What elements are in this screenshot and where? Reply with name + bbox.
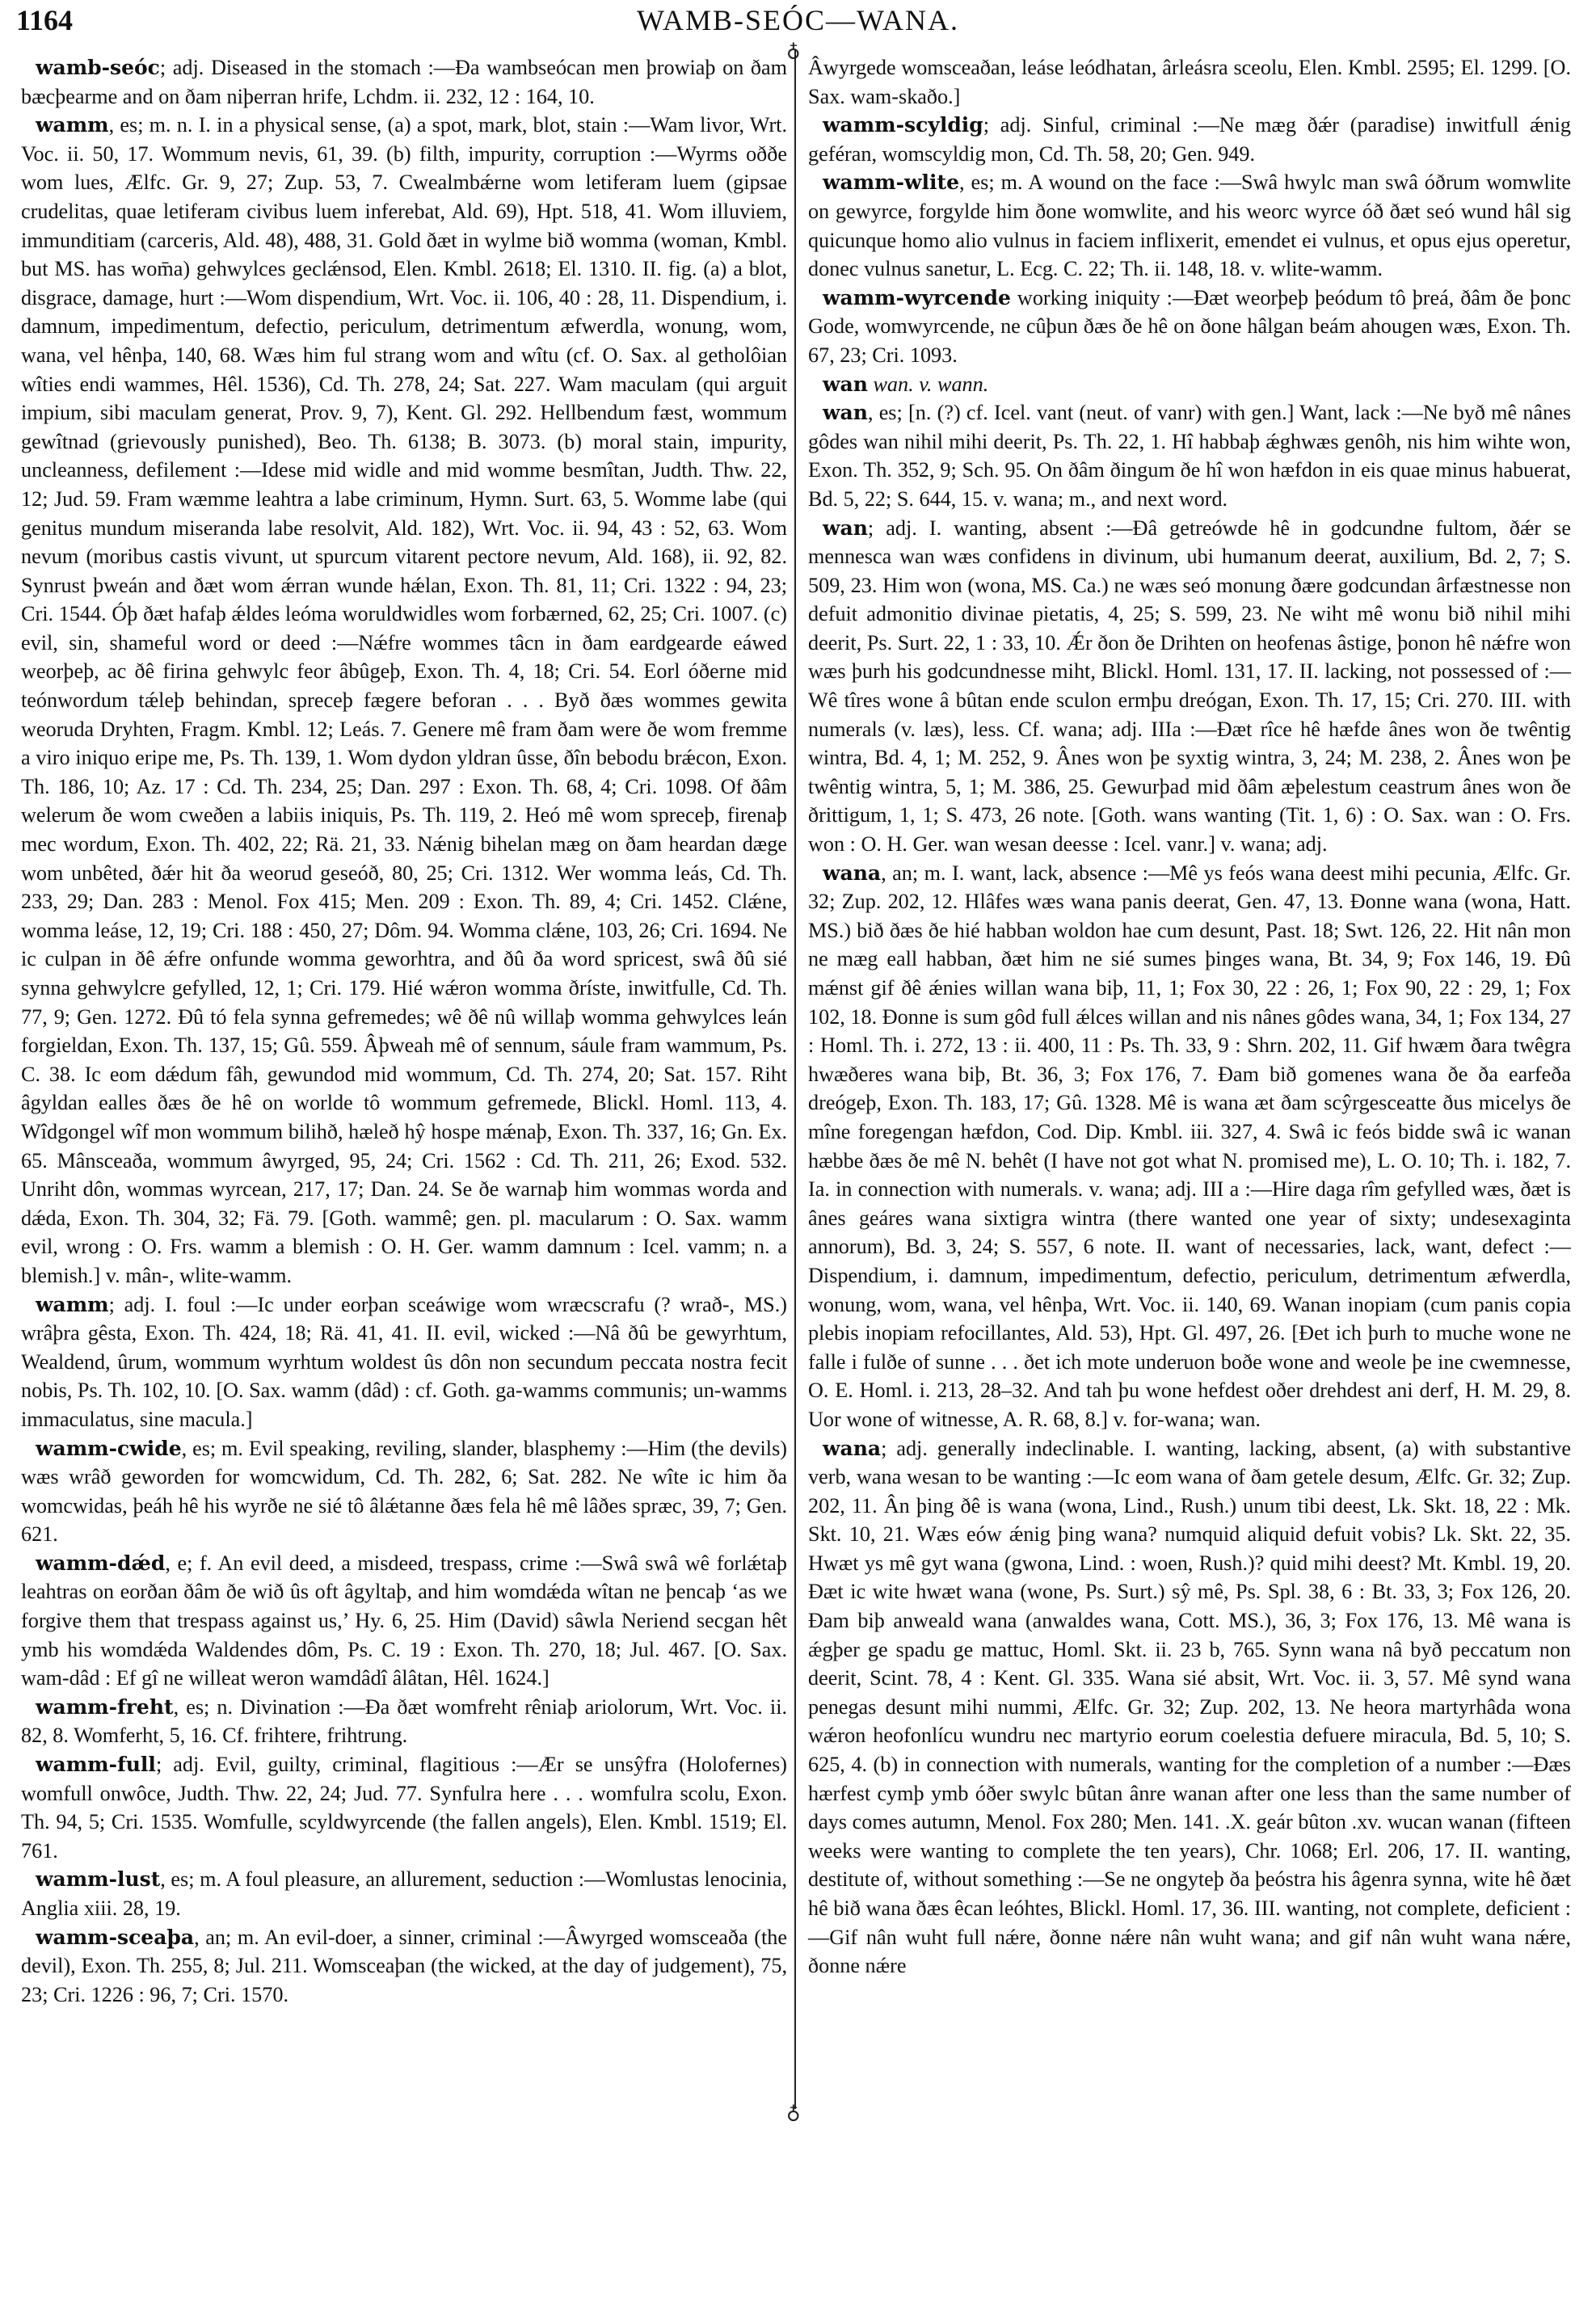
dictionary-entry: wan; adj. I. wanting, absent :—Ðâ getreó… xyxy=(808,514,1571,859)
definition: I. in a physical sense, (a) a spot, mark… xyxy=(21,113,787,1287)
page-header: 1164 WAMB-SEÓC—WANA. xyxy=(16,3,1580,40)
grammar: ; adj. xyxy=(160,56,204,79)
headword: wamm-freht xyxy=(36,1695,174,1719)
grammar: , es; xyxy=(868,401,903,424)
dictionary-entry: wamm; adj. I. foul :—Ic under eorþan sce… xyxy=(21,1290,787,1434)
grammar: , es; m. xyxy=(182,1437,243,1460)
definition: I. wanting, lacking, absent, (a) with su… xyxy=(808,1437,1571,1978)
dictionary-entry: wana; adj. generally indeclinable. I. wa… xyxy=(808,1434,1571,1981)
headword: wamm xyxy=(36,1293,109,1316)
grammar: , an; m. xyxy=(881,861,945,885)
dictionary-entry: wamm-scyldig; adj. Sinful, criminal :—Ne… xyxy=(808,111,1571,168)
dictionary-entry: wamm-dǽd, e; f. An evil deed, a misdeed,… xyxy=(21,1549,787,1693)
headword: wamm-scyldig xyxy=(823,113,983,137)
grammar: , an; m. xyxy=(194,1926,259,1949)
headword: wamb-seóc xyxy=(36,56,160,79)
running-head: WAMB-SEÓC—WANA. xyxy=(16,3,1580,37)
grammar: , es; m. xyxy=(160,1867,221,1891)
headword: wamm-lust xyxy=(36,1867,160,1891)
column-ornament-top-icon: ♁ xyxy=(786,39,801,62)
dictionary-entry: wamm-full; adj. Evil, guilty, criminal, … xyxy=(21,1750,787,1865)
dictionary-entry-continuation: Âwyrgede womsceaðan, leáse leódhatan, âr… xyxy=(808,53,1571,111)
headword: wan xyxy=(823,373,868,396)
left-column: wamb-seóc; adj. Diseased in the stomach … xyxy=(21,53,787,2009)
grammar: ; adj. generally indeclinable. xyxy=(881,1437,1135,1460)
grammar: , e; f. xyxy=(165,1551,212,1575)
definition: Âwyrgede womsceaðan, leáse leódhatan, âr… xyxy=(808,56,1571,108)
grammar: ; adj. xyxy=(983,113,1032,137)
definition: I. want, lack, absence :—Mê ys feós wana… xyxy=(808,861,1571,1431)
dictionary-entry: wamm-wyrcende working iniquity :—Ðæt weo… xyxy=(808,284,1571,370)
headword: wan xyxy=(823,516,868,540)
column-ornament-bottom-icon: ♁ xyxy=(786,2101,801,2124)
definition: wan. v. wann. xyxy=(873,373,988,396)
dictionary-entry: wamb-seóc; adj. Diseased in the stomach … xyxy=(21,53,787,111)
headword: wamm-cwide xyxy=(36,1437,182,1460)
headword: wamm-full xyxy=(36,1753,156,1776)
definition: [n. (?) cf. Icel. vant (neut. of vanr) w… xyxy=(808,401,1571,511)
dictionary-entry: wamm-cwide, es; m. Evil speaking, revili… xyxy=(21,1434,787,1549)
dictionary-entry: wamm, es; m. n. I. in a physical sense, … xyxy=(21,111,787,1290)
dictionary-entry: wana, an; m. I. want, lack, absence :—Mê… xyxy=(808,859,1571,1434)
definition: I. wanting, absent :—Ðâ getreówde hê in … xyxy=(808,516,1571,857)
grammar: , es; m. xyxy=(959,170,1023,194)
grammar: ; adj. xyxy=(109,1293,156,1316)
headword: wamm-dǽd xyxy=(36,1551,165,1575)
dictionary-entry: wan, es; [n. (?) cf. Icel. vant (neut. o… xyxy=(808,398,1571,513)
headword: wamm xyxy=(36,113,109,137)
grammar: , es; n. xyxy=(174,1695,233,1719)
dictionary-entry: wamm-freht, es; n. Divination :—Ða ðæt w… xyxy=(21,1693,787,1750)
headword: wana xyxy=(823,861,881,885)
headword: wamm-wlite xyxy=(823,170,959,194)
dictionary-entry: wamm-sceaþa, an; m. An evil-doer, a sinn… xyxy=(21,1923,787,2010)
grammar: , es; m. n. xyxy=(109,113,193,137)
right-column: Âwyrgede womsceaðan, leáse leódhatan, âr… xyxy=(808,53,1571,1981)
dictionary-entry: wamm-lust, es; m. A foul pleasure, an al… xyxy=(21,1865,787,1922)
grammar: ; adj. xyxy=(868,516,917,540)
headword: wamm-wyrcende xyxy=(823,286,1011,309)
dictionary-entry: wamm-wlite, es; m. A wound on the face :… xyxy=(808,168,1571,283)
headword: wana xyxy=(823,1437,881,1460)
dictionary-entry: wan wan. v. wann. xyxy=(808,370,1571,399)
headword: wan xyxy=(823,401,868,424)
headword: wamm-sceaþa xyxy=(36,1926,194,1949)
grammar: ; adj. xyxy=(156,1753,204,1776)
column-divider xyxy=(794,50,796,2109)
